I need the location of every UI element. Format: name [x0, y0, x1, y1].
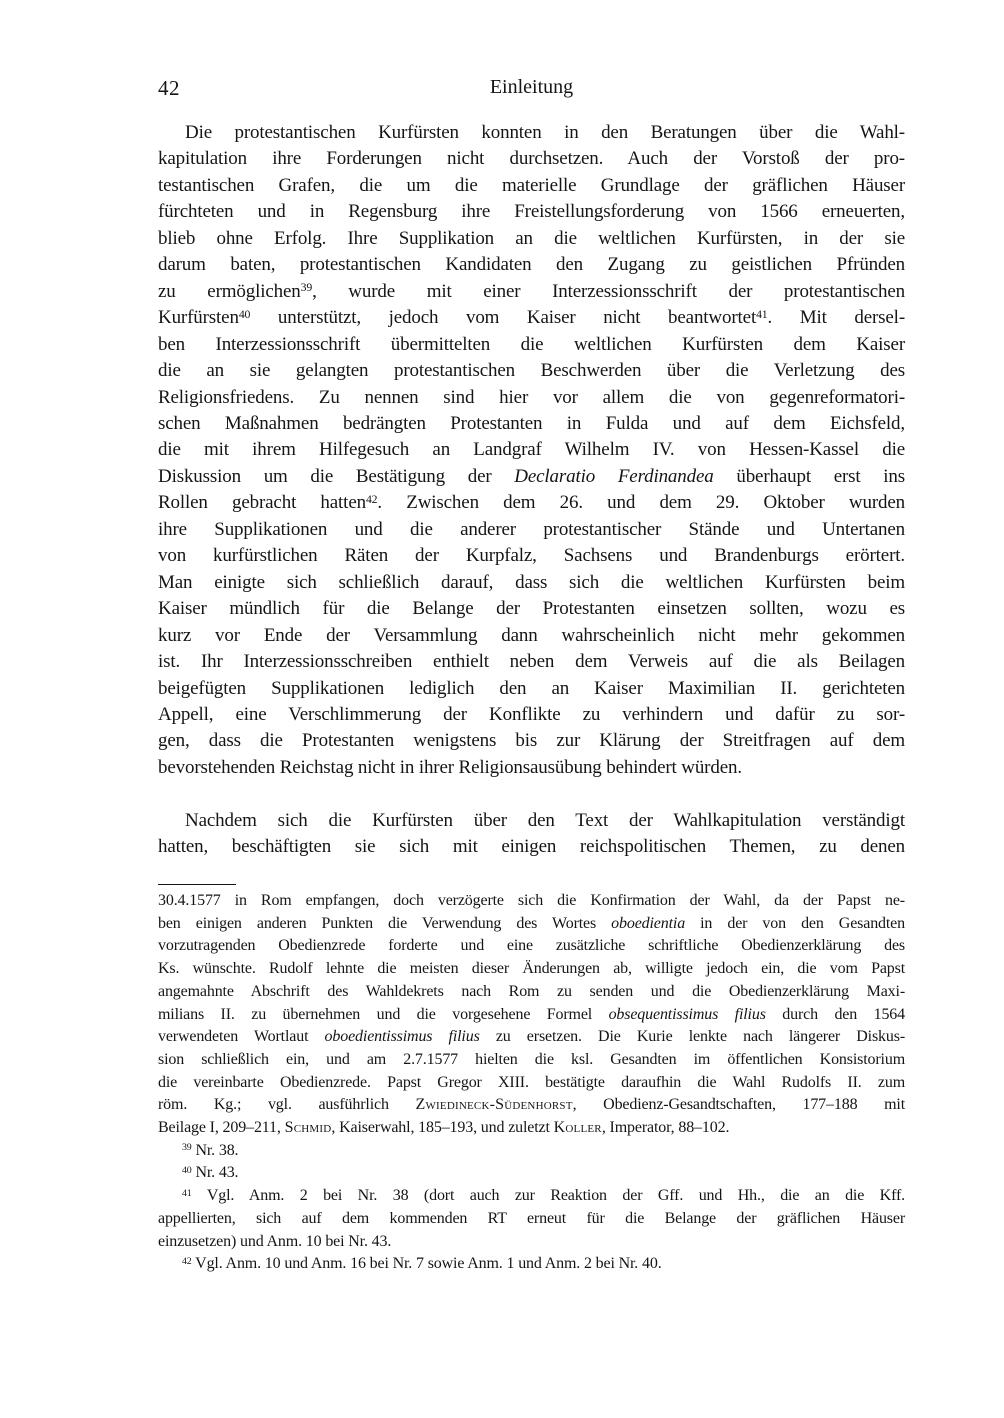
text-line: testantischen Grafen, die um die materie…	[158, 173, 905, 199]
text-line: Kaiser mündlich für die Belange der Prot…	[158, 596, 905, 622]
body-paragraph-2: Nachdem sich die Kurfürsten über den Tex…	[158, 808, 905, 861]
page-number: 42	[158, 76, 180, 101]
text-line: die mit ihrem Hilfegesuch an Landgraf Wi…	[158, 437, 905, 463]
footnote-continuation: 30.4.1577 in Rom empfangen, doch verzöge…	[158, 890, 905, 1140]
text-line: Nachdem sich die Kurfürsten über den Tex…	[158, 808, 905, 834]
text-line: kapitulation ihre Forderungen nicht durc…	[158, 146, 905, 172]
text-line: 39 Nr. 38.	[158, 1140, 905, 1163]
text-line: fürchteten und in Regensburg ihre Freist…	[158, 199, 905, 225]
book-page: 42 Einleitung Die protestantischen Kurfü…	[0, 0, 1004, 1418]
main-text-block: Die protestantischen Kurfürsten konnten …	[158, 120, 905, 861]
footnote-separator-rule	[158, 884, 236, 885]
body-paragraph-1: Die protestantischen Kurfürsten konnten …	[158, 120, 905, 781]
footnote-41: 41 Vgl. Anm. 2 bei Nr. 38 (dort auch zur…	[158, 1185, 905, 1253]
text-line: ben einigen anderen Punkten die Verwendu…	[158, 913, 905, 936]
text-line: Beilage I, 209–211, Schmid, Kaiserwahl, …	[158, 1117, 905, 1140]
text-line: blieb ohne Erfolg. Ihre Supplikation an …	[158, 226, 905, 252]
text-line: Rollen gebracht hatten42. Zwischen dem 2…	[158, 490, 905, 516]
text-line: einzusetzen) und Anm. 10 bei Nr. 43.	[158, 1231, 905, 1254]
text-line: bevorstehenden Reichstag nicht in ihrer …	[158, 755, 905, 781]
text-line: 30.4.1577 in Rom empfangen, doch verzöge…	[158, 890, 905, 913]
footnote-39: 39 Nr. 38.	[158, 1140, 905, 1163]
text-line: vorzutragenden Obedienzrede forderte und…	[158, 935, 905, 958]
text-line: verwendeten Wortlaut oboedientissimus fi…	[158, 1026, 905, 1049]
footnote-40: 40 Nr. 43.	[158, 1162, 905, 1185]
text-line: milians II. zu übernehmen und die vorges…	[158, 1004, 905, 1027]
text-line: zu ermöglichen39, wurde mit einer Interz…	[158, 279, 905, 305]
text-line: 42 Vgl. Anm. 10 und Anm. 16 bei Nr. 7 so…	[158, 1253, 905, 1276]
text-line: gen, dass die Protestanten wenigstens bi…	[158, 728, 905, 754]
text-line: von kurfürstlichen Räten der Kurpfalz, S…	[158, 543, 905, 569]
text-line: schen Maßnahmen bedrängten Protestanten …	[158, 411, 905, 437]
text-line: die vereinbarte Obedienzrede. Papst Greg…	[158, 1072, 905, 1095]
text-line: Die protestantischen Kurfürsten konnten …	[158, 120, 905, 146]
text-line: Diskussion um die Bestätigung der Declar…	[158, 464, 905, 490]
text-line: Kurfürsten40 unterstützt, jedoch vom Kai…	[158, 305, 905, 331]
text-line: appellierten, sich auf dem kommenden RT …	[158, 1208, 905, 1231]
text-line: sion schließlich ein, und am 2.7.1577 hi…	[158, 1049, 905, 1072]
text-line: ist. Ihr Interzessionsschreiben enthielt…	[158, 649, 905, 675]
running-header: Einleitung	[158, 76, 905, 99]
text-line: hatten, beschäftigten sie sich mit einig…	[158, 834, 905, 860]
text-line: Man einigte sich schließlich darauf, das…	[158, 570, 905, 596]
text-line: angemahnte Abschrift des Wahldekrets nac…	[158, 981, 905, 1004]
text-line: Appell, eine Verschlimmerung der Konflik…	[158, 702, 905, 728]
text-line: Ks. wünschte. Rudolf lehnte die meisten …	[158, 958, 905, 981]
text-line: 40 Nr. 43.	[158, 1162, 905, 1185]
text-line: ihre Supplikationen und die anderer prot…	[158, 517, 905, 543]
text-line: ben Interzessionsschrift übermittelten d…	[158, 332, 905, 358]
text-line: röm. Kg.; vgl. ausführlich Zwiedineck-Sü…	[158, 1094, 905, 1117]
page-header: 42 Einleitung	[158, 76, 905, 106]
footnote-42: 42 Vgl. Anm. 10 und Anm. 16 bei Nr. 7 so…	[158, 1253, 905, 1276]
text-line: beigefügten Supplikationen lediglich den…	[158, 676, 905, 702]
text-line: 41 Vgl. Anm. 2 bei Nr. 38 (dort auch zur…	[158, 1185, 905, 1208]
text-line: kurz vor Ende der Versammlung dann wahrs…	[158, 623, 905, 649]
text-line: Religionsfriedens. Zu nennen sind hier v…	[158, 385, 905, 411]
footnotes-block: 30.4.1577 in Rom empfangen, doch verzöge…	[158, 890, 905, 1276]
text-line: die an sie gelangten protestantischen Be…	[158, 358, 905, 384]
text-line: darum baten, protestantischen Kandidaten…	[158, 252, 905, 278]
